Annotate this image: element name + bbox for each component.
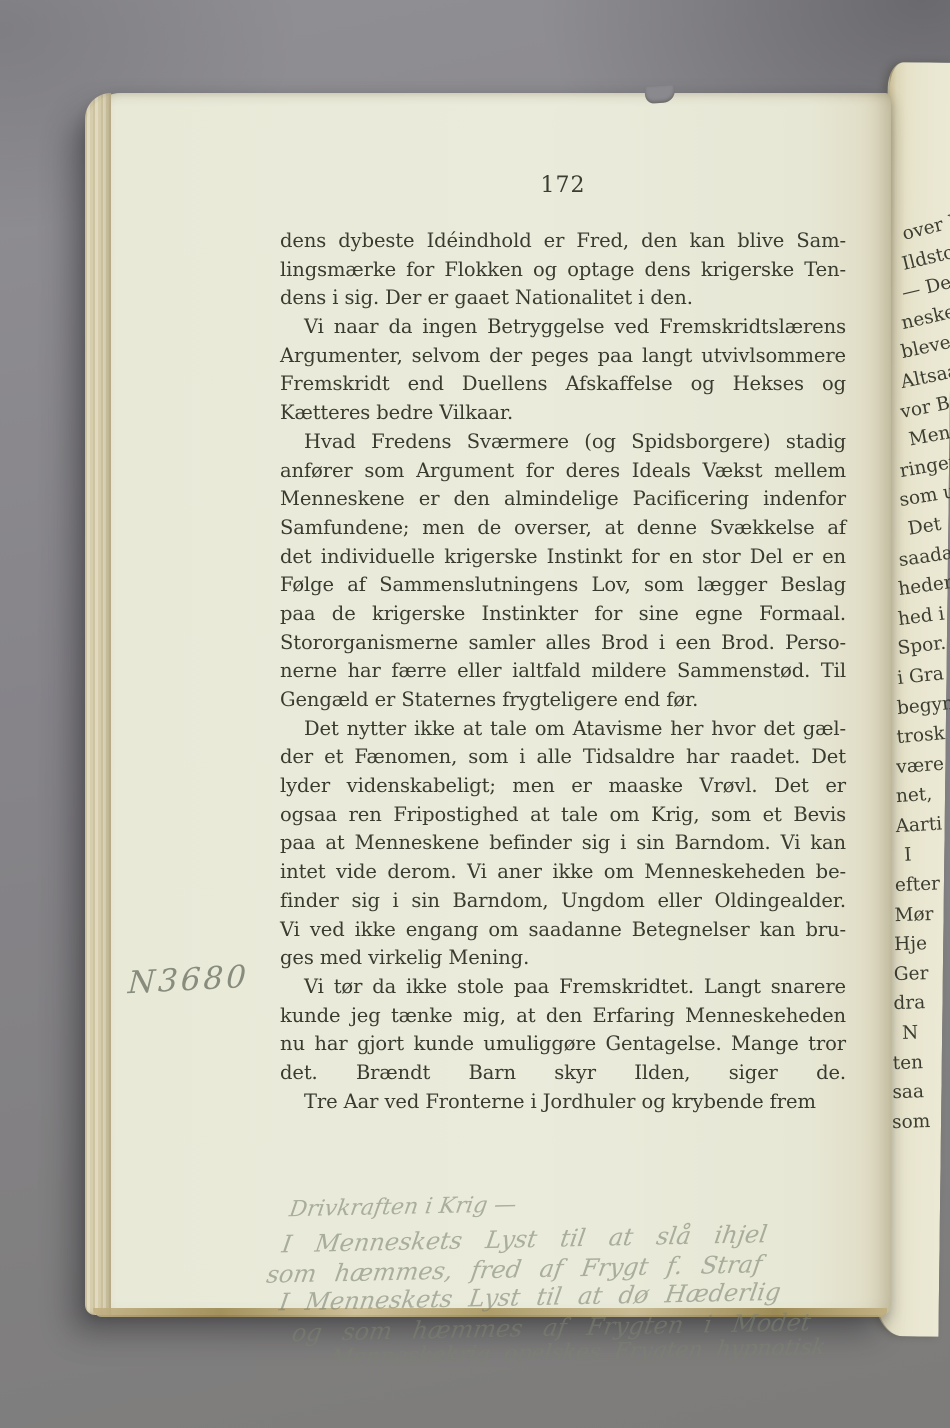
body-line: lyder videnskabeligt; men er maaske Vrøv… — [280, 774, 846, 803]
facing-fragment: Hje — [894, 929, 950, 960]
body-line: Følge af Sammenslutningens Lov, som lægg… — [280, 573, 846, 602]
body-line: ges med virkelig Mening. — [280, 946, 846, 975]
torn-edge-notch — [644, 85, 675, 104]
body-line: dens dybeste Idéindhold er Fred, den kan… — [280, 229, 846, 258]
body-line: Vi tør da ikke stole paa Fremskridtet. L… — [280, 975, 846, 1004]
facing-fragment: være — [895, 748, 950, 782]
body-line: der et Fænomen, som i alle Tidsaldre har… — [280, 745, 846, 774]
body-line: ogsaa ren Fripostighed at tale om Krig, … — [280, 803, 846, 832]
body-line: Argumenter, selvom der peges paa langt u… — [280, 344, 846, 373]
book-photograph: over InIldstorm— DetnesketblevenAltsaavo… — [0, 0, 950, 1428]
facing-fragment: N — [893, 1017, 950, 1048]
body-line: Stororganismerne samler alles Brod i een… — [280, 631, 846, 660]
facing-fragment: saa — [892, 1076, 950, 1107]
page-number: 172 — [280, 173, 846, 198]
body-line: Samfundene; men de overser, at denne Svæ… — [280, 516, 846, 545]
body-line: finder sig i sin Barndom, Ungdom eller O… — [280, 889, 846, 918]
facing-fragment: dra — [893, 988, 950, 1019]
body-line: Vi naar da ingen Betryggelse ved Fremskr… — [280, 315, 846, 344]
body-line: Fremskridt end Duellens Afskaffelse og H… — [280, 372, 846, 401]
facing-page-fragments: over InIldstorm— DetnesketblevenAltsaavo… — [892, 220, 950, 1138]
body-line: Vi ved ikke engang om saadanne Betegnels… — [280, 918, 846, 947]
fore-edge-page-stack — [85, 93, 111, 1315]
body-line: Det nytter ikke at tale om Atavisme her … — [280, 717, 846, 746]
pencil-line: Drivkraften i Krig — — [288, 1183, 950, 1222]
body-line: Kætteres bedre Vilkaar. — [280, 401, 846, 430]
facing-fragment: ten — [892, 1047, 950, 1078]
body-line: det individuelle krigerske Instinkt for … — [280, 545, 846, 574]
book-page: 172 dens dybeste Idéindhold er Fred, den… — [85, 93, 891, 1315]
body-line: nu har gjort kunde umuliggøre Gentagelse… — [280, 1032, 846, 1061]
facing-fragment: i Gra — [896, 658, 950, 694]
body-line: kunde jeg tænke mig, at den Erfaring Men… — [280, 1004, 846, 1033]
facing-fragment: I — [895, 839, 950, 871]
body-line: intet vide derom. Vi aner ikke om Mennes… — [280, 860, 846, 889]
margin-note-pencil: N3680 — [127, 959, 250, 1001]
facing-fragment: Mør — [894, 899, 950, 930]
facing-fragment: Aarti — [895, 809, 950, 842]
body-line: lingsmærke for Flokken og optage dens kr… — [280, 258, 846, 287]
body-line: dens i sig. Der er gaaet Nationalitet i … — [280, 286, 846, 315]
body-line: Hvad Fredens Sværmere (og Spidsborgere) … — [280, 430, 846, 459]
body-line: anfører som Argument for deres Ideals Væ… — [280, 459, 846, 488]
body-line: nerne har færre eller ialtfald mildere S… — [280, 659, 846, 688]
body-line: det. Brændt Barn skyr Ilden, siger de. — [280, 1061, 846, 1090]
facing-fragment: Ger — [893, 958, 950, 989]
text-block: dens dybeste Idéindhold er Fred, den kan… — [280, 229, 846, 1118]
facing-fragment: net, — [895, 778, 950, 812]
body-line: Tre Aar ved Fronterne i Jordhuler og kry… — [280, 1090, 846, 1119]
body-line: paa at Menneskene befinder sig i sin Bar… — [280, 831, 846, 860]
facing-fragment: begyn — [896, 688, 950, 723]
facing-fragment: som — [892, 1106, 950, 1137]
body-line: Menneskene er den almindelige Pacificeri… — [280, 487, 846, 516]
body-line: Gengæld er Staternes frygteligere end fø… — [280, 688, 846, 717]
body-line: paa de krigerske Instinkter for sine egn… — [280, 602, 846, 631]
pencil-annotation: Drivkraften i Krig —I Menneskets Lyst ti… — [193, 1183, 950, 1373]
facing-fragment: trosk — [895, 718, 950, 753]
facing-fragment: efter — [894, 869, 950, 901]
